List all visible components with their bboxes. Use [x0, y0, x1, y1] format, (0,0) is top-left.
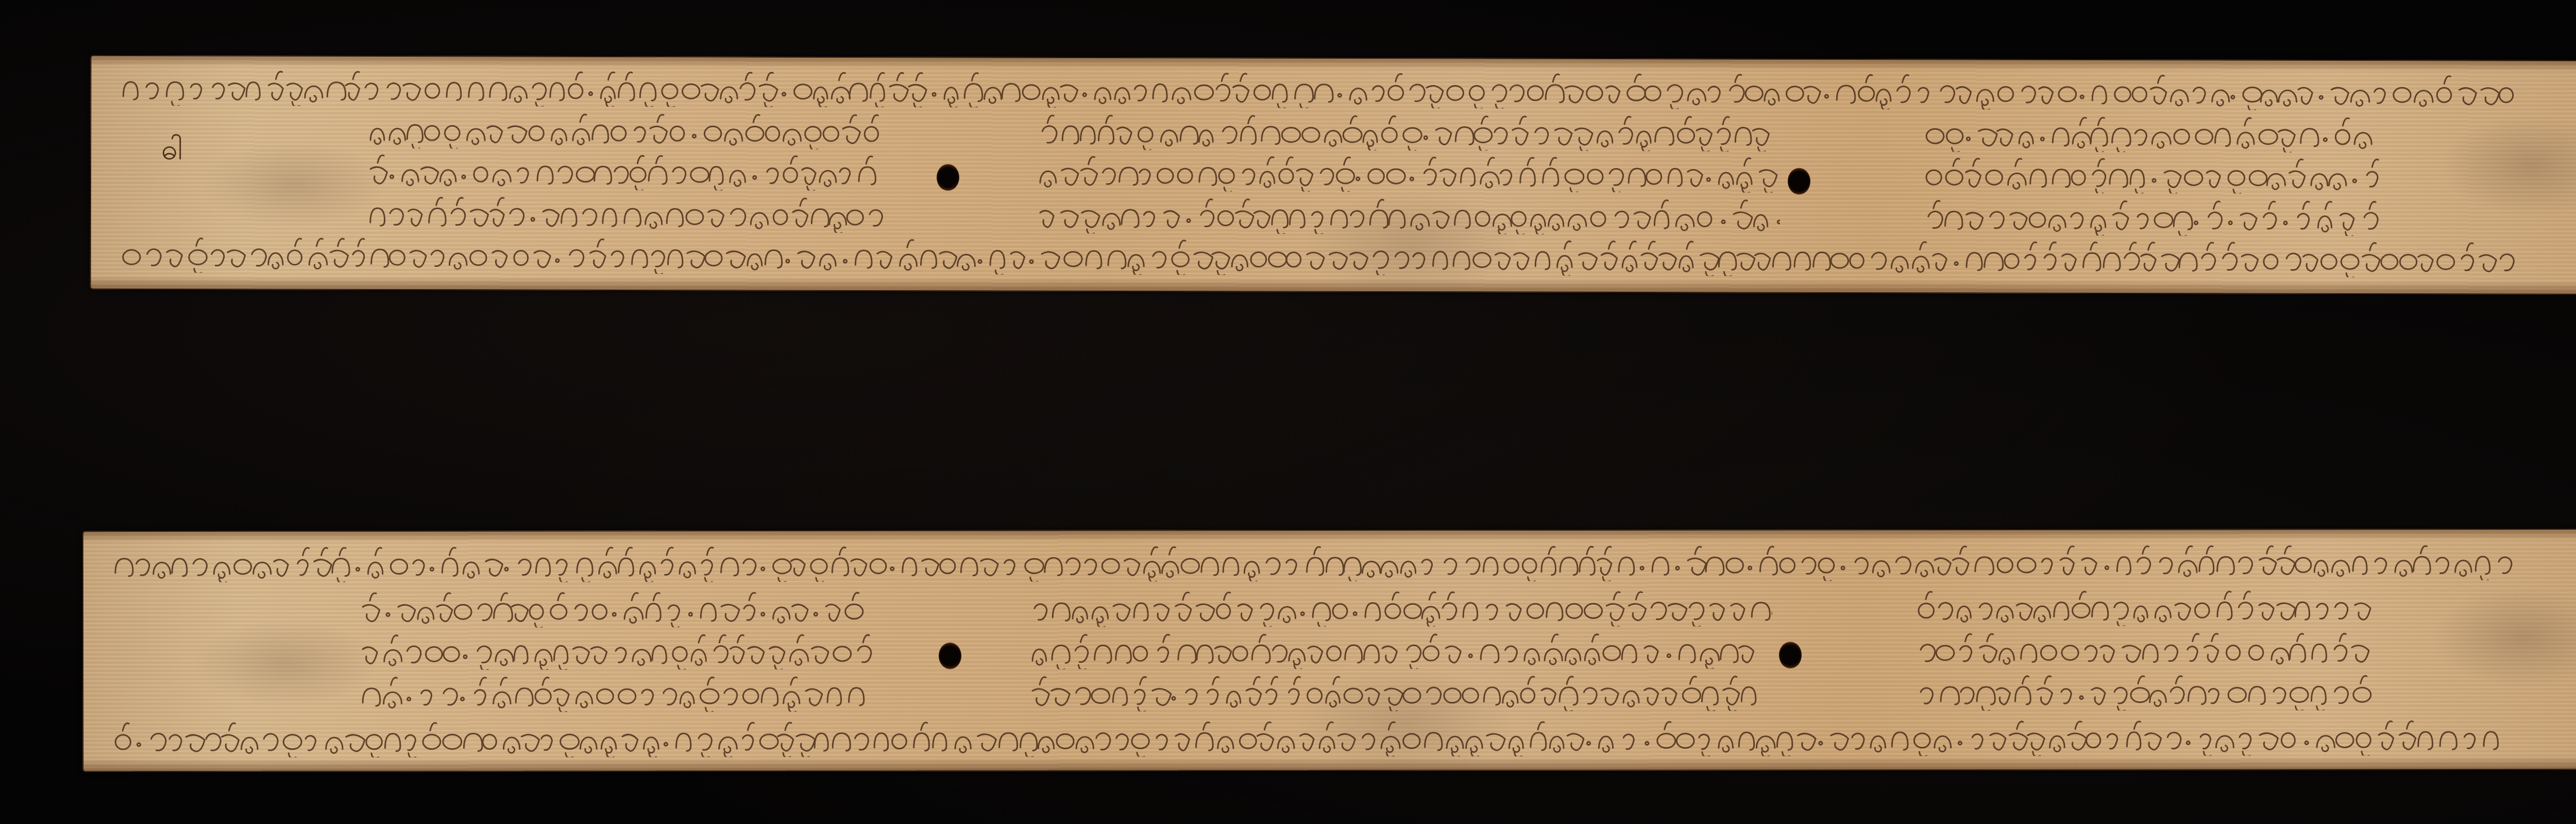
line-transcription: ဝသော သာဂ္ဂ ဂိုက်ဝါ လော ဘဲ့ဓမ္မ ။ ဝိပ္ပန …: [368, 112, 884, 149]
line-transcription: ။ ဘဓ ... နု ... တ ... ပြ ... တ ... ဥ ...: [361, 676, 876, 712]
manuscript-line-left: ။ ဘဓ ... နု ... တ ... ပြ ... တ ... ဥ ...: [361, 676, 876, 712]
manuscript-line-full: ဂိဏ္ဏတော ... ။ သောဓရေ ... တ ... ။ ကိ ...…: [113, 544, 2514, 582]
line-transcription: နုဂ္ဂိုလ်ပဒ်ရင် ... နုပ ... တ ... ရ ...: [368, 196, 884, 233]
manuscript-line-middle: ပဓ ။ ဓဓသ ဗ္ဗာ ။ ဒါရိုင်ရ ... သတ် ... ပြင…: [1038, 114, 1780, 152]
manuscript-line-full: ယ တဗ္ဗတ ။ သ ... ဝ ... ဂ ... ဝ ... ။ ... …: [113, 719, 2514, 758]
manuscript-line-middle: တော ... ။ ... ဥ ... နု ... ဂ ... ဓ: [1030, 675, 1772, 711]
manuscript-line-right: သ ... ဥ ... နု ... ဂ ... ဓ: [1917, 674, 2375, 711]
manuscript-line-full: ပဒ္ဓိဟတ္ထ နုပြင်ချောဟဲ့ ဓမ္မဒေသ ပစ္ဆာ သန…: [121, 70, 2522, 111]
palm-leaf-top: ဓါ ပဒ္ဓိဟတ္ထ နုပြင်ချောဟဲ့ ဓမ္မဒေသ ပစ္ဆာ…: [90, 55, 2576, 295]
line-transcription: တိ ... ဂိုဏ်း နုပြင် ... ပြင်ယော: [1924, 199, 2383, 236]
line-transcription: ပဒ္ဓိဟတ္ထ နုပြင်ချောဟဲ့ ဓမ္မဒေသ ပစ္ဆာ သန…: [121, 70, 2522, 111]
line-transcription: တော ... ပဒ် သ ... တော ဝါ ... တော ... တဲ့…: [121, 237, 2522, 278]
line-transcription: ဂ ... တ ... ။ ဝါ ... ဘဓ ... ဂ ... ဥ ... …: [1030, 632, 1772, 669]
line-transcription: တ ။ ဝိဓ ။ ဝါတ ... ရေ ... ဓ ...: [1924, 157, 2383, 194]
line-transcription: ဂိဏ္ဏတော ... ။ သောဓရေ ... တ ... ။ ကိ ...…: [113, 544, 2514, 582]
manuscript-line-left: နုဂ္ဂိုလ်ပဒ်ရင် ... နုပ ... တ ... ရ ...: [368, 196, 884, 233]
manuscript-line-full: တော ... ပဒ် သ ... တော ဝါ ... တော ... တဲ့…: [121, 237, 2522, 278]
line-transcription: ယ တဗ္ဗတ ။ သ ... ဝ ... ဂ ... ဝ ... ။ ... …: [113, 719, 2514, 758]
string-hole-left: [937, 164, 959, 191]
line-transcription: ပ္ဂြင် ... သတိ ပ ... ဥပေတ ... ယာကိ နုတာ …: [1038, 197, 1780, 235]
manuscript-line-middle: ပ္ဂြင် ... သတိ ပ ... ဥပေတ ... ယာကိ နုတာ …: [1038, 197, 1780, 235]
manuscript-line-right: တိ ... ဂိုဏ်း နုပြင် ... ပြင်ယော: [1924, 199, 2383, 236]
manuscript-line-left: ဝသော သာဂ္ဂ ဂိုက်ဝါ လော ဘဲ့ဓမ္မ ။ ဝိပ္ပန …: [368, 112, 884, 149]
palm-leaf-bottom: ဂိဏ္ဏတော ... ။ သောဓရေ ... တ ... ။ ကိ ...…: [82, 529, 2576, 772]
line-transcription: ဂ ... ဂ ... ဝိဒေယာ ဂိ: [1917, 632, 2375, 668]
line-transcription: ဝါ ။ ဝိရေတ် ... ဂ ... ဝိဒေယော ။ ဘဓ ... သ…: [1030, 590, 1772, 627]
manuscript-line-left: ဝိဒေယာ ... ဂိ ... နု ... ပြင် ... တ: [361, 633, 876, 670]
line-transcription: ပဓံ ။ သဗ္ဗတော ... နုပ ... ဓ ... တိ ... ဝ…: [1038, 155, 1780, 193]
line-transcription: ... ပ ... ဂ ... ။ ... တ် သောဓရွ ... ဂိ: [1917, 590, 2375, 626]
manuscript-line-right: ဂ ... ဂ ... ဝိဒေယာ ဂိ: [1917, 632, 2375, 668]
line-transcription: ပဓ ။ ဓဓသ ဗ္ဗာ ။ ဒါရိုင်ရ ... သတ် ... ပြင…: [1038, 114, 1780, 152]
manuscript-line-left: တော ... ။ ဝိရေတိ ... ဝိဒေယော ။: [361, 591, 876, 628]
manuscript-line-middle: ဂ ... တ ... ။ ဝါ ... ဘဓ ... ဂ ... ဥ ... …: [1030, 632, 1772, 669]
line-transcription: ဝိဒေယာ ... ဂိ ... နု ... ပြင် ... တ: [361, 633, 876, 670]
line-transcription: ရယေ ဝဂ္ဂ ။ ဂို ... ပ ... ရယေ ။ တ ... ။ တ…: [368, 154, 884, 191]
manuscript-line-middle: ပဓံ ။ သဗ္ဗတော ... နုပ ... ဓ ... တိ ... ဝ…: [1038, 155, 1780, 193]
line-transcription: ပဋ္ဌာ နဘဲ့ ... ပါလက် ... သတ် ... ဒ ... ။: [1924, 115, 2383, 153]
manuscript-line-right: ပဋ္ဌာ နဘဲ့ ... ပါလက် ... သတ် ... ဒ ... ။: [1924, 115, 2383, 153]
string-hole-left: [939, 643, 961, 669]
leaf-number: ဓါ: [161, 131, 182, 174]
line-transcription: တော ... ။ ဝိရေတိ ... ဝိဒေယော ။: [361, 591, 876, 628]
string-hole-right: [1788, 168, 1810, 195]
manuscript-line-right: တ ။ ဝိဓ ။ ဝါတ ... ရေ ... ဓ ...: [1924, 157, 2383, 194]
manuscript-line-left: ရယေ ဝဂ္ဂ ။ ဂို ... ပ ... ရယေ ။ တ ... ။ တ…: [368, 154, 884, 191]
line-transcription: သ ... ဥ ... နု ... ဂ ... ဓ: [1917, 674, 2375, 711]
manuscript-line-right: ... ပ ... ဂ ... ။ ... တ် သောဓရွ ... ဂိ: [1917, 590, 2375, 626]
manuscript-line-middle: ဝါ ။ ဝိရေတ် ... ဂ ... ဝိဒေယော ။ ဘဓ ... သ…: [1030, 590, 1772, 627]
string-hole-right: [1779, 642, 1802, 668]
line-transcription: တော ... ။ ... ဥ ... နု ... ဂ ... ဓ: [1030, 675, 1772, 711]
